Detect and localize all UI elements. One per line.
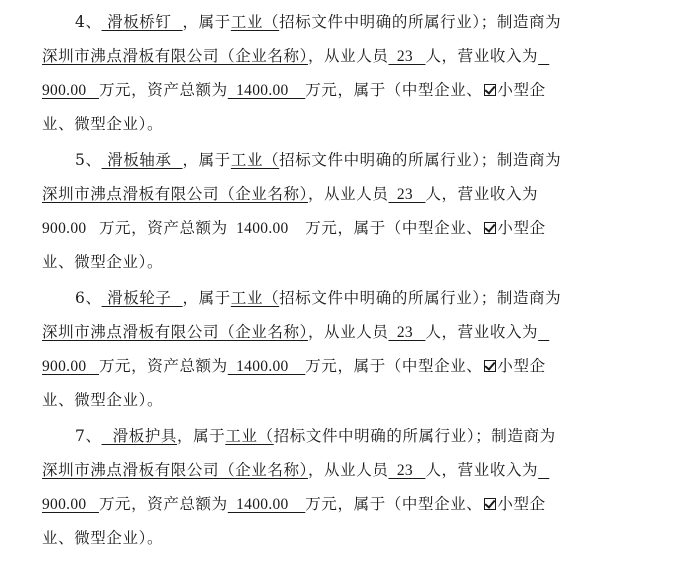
item-number: 5、 xyxy=(75,151,102,169)
item-line-2: 深圳市沸点滑板有限公司（企业名称），从业人员 23 人，营业收入为 xyxy=(42,315,549,349)
industry-field: 工业（ xyxy=(231,13,279,31)
item-line-2: 深圳市沸点滑板有限公司（企业名称），从业人员 23 人，营业收入为 xyxy=(42,177,538,211)
item-number: 6、 xyxy=(75,289,102,307)
item-line-2: 深圳市沸点滑板有限公司（企业名称），从业人员 23 人，营业收入为 xyxy=(42,453,549,487)
item-line-1: 7、 滑板护具，属于工业（招标文件中明确的所属行业）；制造商为 xyxy=(75,419,556,453)
assets-field: 1400.00 xyxy=(228,358,306,375)
item-line-4: 业、微型企业）。 xyxy=(42,245,163,279)
staff-label: ，从业人员 xyxy=(308,323,389,341)
item-line-4: 业、微型企业）。 xyxy=(42,107,163,141)
revenue-unit-label: 万元，资产总额为 xyxy=(99,357,228,375)
revenue-unit-label: 万元，资产总额为 xyxy=(99,495,228,513)
manufacturer-field: 深圳市沸点滑板有限公司（企业名称） xyxy=(42,461,308,479)
assets-unit-label: 万元，属于（中型企业、 xyxy=(305,81,482,99)
item-line-3: 900.00 万元，资产总额为 1400.00 万元，属于（中型企业、小型企 xyxy=(42,487,546,521)
industry-field: 工业（ xyxy=(231,151,279,169)
size-tail-label: 业、微型企业）。 xyxy=(42,529,163,547)
assets-unit-label: 万元，属于（中型企业、 xyxy=(305,219,482,237)
document-page: 4、 滑板桥钉 ，属于工业（招标文件中明确的所属行业）；制造商为 深圳市沸点滑板… xyxy=(0,0,682,577)
belongs-label: ，属于 xyxy=(183,151,231,169)
item-number: 7、 xyxy=(75,427,102,445)
revenue-field: 900.00 xyxy=(42,82,99,99)
size-checked-label: 小型企 xyxy=(497,495,545,513)
assets-field: 1400.00 xyxy=(228,220,306,237)
manufacturer-field: 深圳市沸点滑板有限公司（企业名称） xyxy=(42,323,308,341)
manufacturer-field: 深圳市沸点滑板有限公司（企业名称） xyxy=(42,185,308,203)
assets-unit-label: 万元，属于（中型企业、 xyxy=(305,357,482,375)
industry-note: 招标文件中明确的所属行业）；制造商为 xyxy=(279,289,561,307)
industry-note: 招标文件中明确的所属行业）；制造商为 xyxy=(279,151,561,169)
item-line-2: 深圳市沸点滑板有限公司（企业名称），从业人员 23 人，营业收入为 xyxy=(42,39,549,73)
item-line-4: 业、微型企业）。 xyxy=(42,383,163,417)
staff-unit-label: 人，营业收入为 xyxy=(425,185,538,203)
item-line-3: 900.00 万元，资产总额为 1400.00 万元，属于（中型企业、小型企 xyxy=(42,73,546,107)
staff-count-field: 23 xyxy=(388,186,425,203)
manufacturer-field: 深圳市沸点滑板有限公司（企业名称） xyxy=(42,47,308,65)
belongs-label: ，属于 xyxy=(183,13,231,31)
staff-unit-label: 人，营业收入为 xyxy=(425,323,538,341)
revenue-field: 900.00 xyxy=(42,358,99,375)
revenue-lead-underline xyxy=(538,47,549,65)
size-checked-label: 小型企 xyxy=(497,219,545,237)
product-name-field: 滑板轴承 xyxy=(102,151,183,169)
staff-label: ，从业人员 xyxy=(308,461,389,479)
revenue-field: 900.00 xyxy=(42,220,99,237)
product-name-field: 滑板护具 xyxy=(102,427,177,445)
item-line-4: 业、微型企业）。 xyxy=(42,521,163,555)
industry-field: 工业（ xyxy=(225,427,273,445)
size-checked-label: 小型企 xyxy=(497,81,545,99)
industry-field: 工业（ xyxy=(231,289,279,307)
staff-label: ，从业人员 xyxy=(308,185,389,203)
belongs-label: ，属于 xyxy=(183,289,231,307)
size-checked-label: 小型企 xyxy=(497,357,545,375)
assets-field: 1400.00 xyxy=(228,496,306,513)
staff-label: ，从业人员 xyxy=(308,47,389,65)
revenue-field: 900.00 xyxy=(42,496,99,513)
product-name-field: 滑板桥钉 xyxy=(102,13,183,31)
staff-count-field: 23 xyxy=(388,324,425,341)
checked-box-icon xyxy=(484,498,496,510)
checked-box-icon xyxy=(484,84,496,96)
assets-field: 1400.00 xyxy=(228,82,306,99)
revenue-unit-label: 万元，资产总额为 xyxy=(99,219,228,237)
staff-count-field: 23 xyxy=(388,462,425,479)
checked-box-icon xyxy=(484,222,496,234)
size-tail-label: 业、微型企业）。 xyxy=(42,253,163,271)
staff-unit-label: 人，营业收入为 xyxy=(425,461,538,479)
belongs-label: ，属于 xyxy=(177,427,225,445)
item-number: 4、 xyxy=(75,13,102,31)
item-line-1: 4、 滑板桥钉 ，属于工业（招标文件中明确的所属行业）；制造商为 xyxy=(75,5,561,39)
industry-note: 招标文件中明确的所属行业）；制造商为 xyxy=(274,427,556,445)
checked-box-icon xyxy=(484,360,496,372)
product-name-field: 滑板轮子 xyxy=(102,289,183,307)
item-line-1: 5、 滑板轴承 ，属于工业（招标文件中明确的所属行业）；制造商为 xyxy=(75,143,561,177)
staff-unit-label: 人，营业收入为 xyxy=(425,47,538,65)
revenue-unit-label: 万元，资产总额为 xyxy=(99,81,228,99)
industry-note: 招标文件中明确的所属行业）；制造商为 xyxy=(279,13,561,31)
item-line-1: 6、 滑板轮子 ，属于工业（招标文件中明确的所属行业）；制造商为 xyxy=(75,281,561,315)
item-line-3: 900.00 万元，资产总额为 1400.00 万元，属于（中型企业、小型企 xyxy=(42,211,546,245)
revenue-lead-underline xyxy=(538,323,549,341)
assets-unit-label: 万元，属于（中型企业、 xyxy=(305,495,482,513)
size-tail-label: 业、微型企业）。 xyxy=(42,391,163,409)
size-tail-label: 业、微型企业）。 xyxy=(42,115,163,133)
item-line-3: 900.00 万元，资产总额为 1400.00 万元，属于（中型企业、小型企 xyxy=(42,349,546,383)
staff-count-field: 23 xyxy=(388,48,425,65)
revenue-lead-underline xyxy=(538,461,549,479)
